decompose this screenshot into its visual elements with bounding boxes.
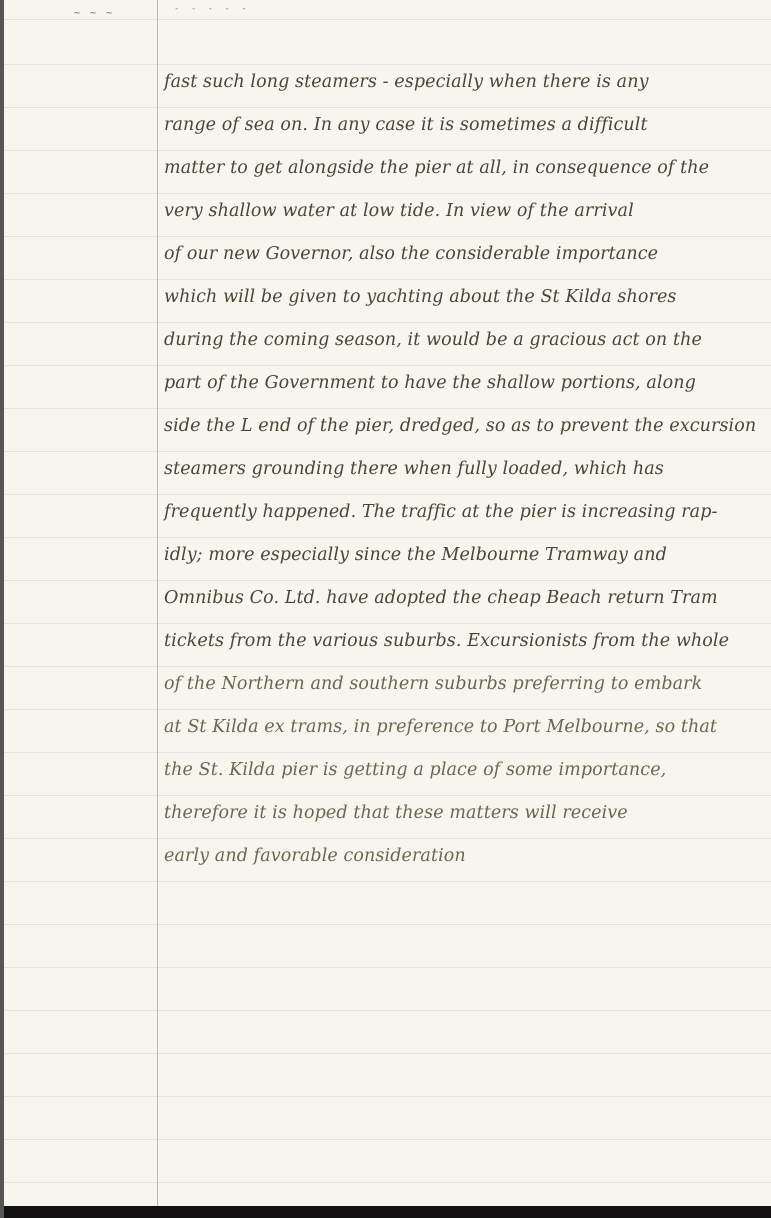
letter-line: tickets from the various suburbs. Excurs… [164, 629, 769, 653]
letter-line: early and favorable consideration [164, 844, 769, 868]
letter-line: which will be given to yachting about th… [164, 285, 769, 309]
top-mark-center: - - - - - [174, 4, 250, 14]
letter-line: steamers grounding there when fully load… [164, 457, 769, 481]
letter-line: very shallow water at low tide. In view … [164, 199, 769, 223]
ledger-page: ~ ~ ~ - - - - - fast such long steamers … [4, 0, 771, 1206]
letter-line: the St. Kilda pier is getting a place of… [164, 758, 769, 782]
letter-line: of our new Governor, also the considerab… [164, 242, 769, 266]
letter-line: of the Northern and southern suburbs pre… [164, 672, 769, 696]
letter-line: matter to get alongside the pier at all,… [164, 156, 769, 180]
letter-line: part of the Government to have the shall… [164, 371, 769, 395]
margin-rule [157, 0, 158, 1206]
letter-line: at St Kilda ex trams, in preference to P… [164, 715, 769, 739]
letter-line: frequently happened. The traffic at the … [164, 500, 769, 524]
letter-line: side the L end of the pier, dredged, so … [164, 414, 769, 438]
letter-line: range of sea on. In any case it is somet… [164, 113, 769, 137]
letter-line: during the coming season, it would be a … [164, 328, 769, 352]
letter-line: idly; more especially since the Melbourn… [164, 543, 769, 567]
top-mark-left: ~ ~ ~ [74, 8, 114, 19]
letter-line: therefore it is hoped that these matters… [164, 801, 769, 825]
letter-line: Omnibus Co. Ltd. have adopted the cheap … [164, 586, 769, 610]
letter-line: fast such long steamers - especially whe… [164, 70, 769, 94]
